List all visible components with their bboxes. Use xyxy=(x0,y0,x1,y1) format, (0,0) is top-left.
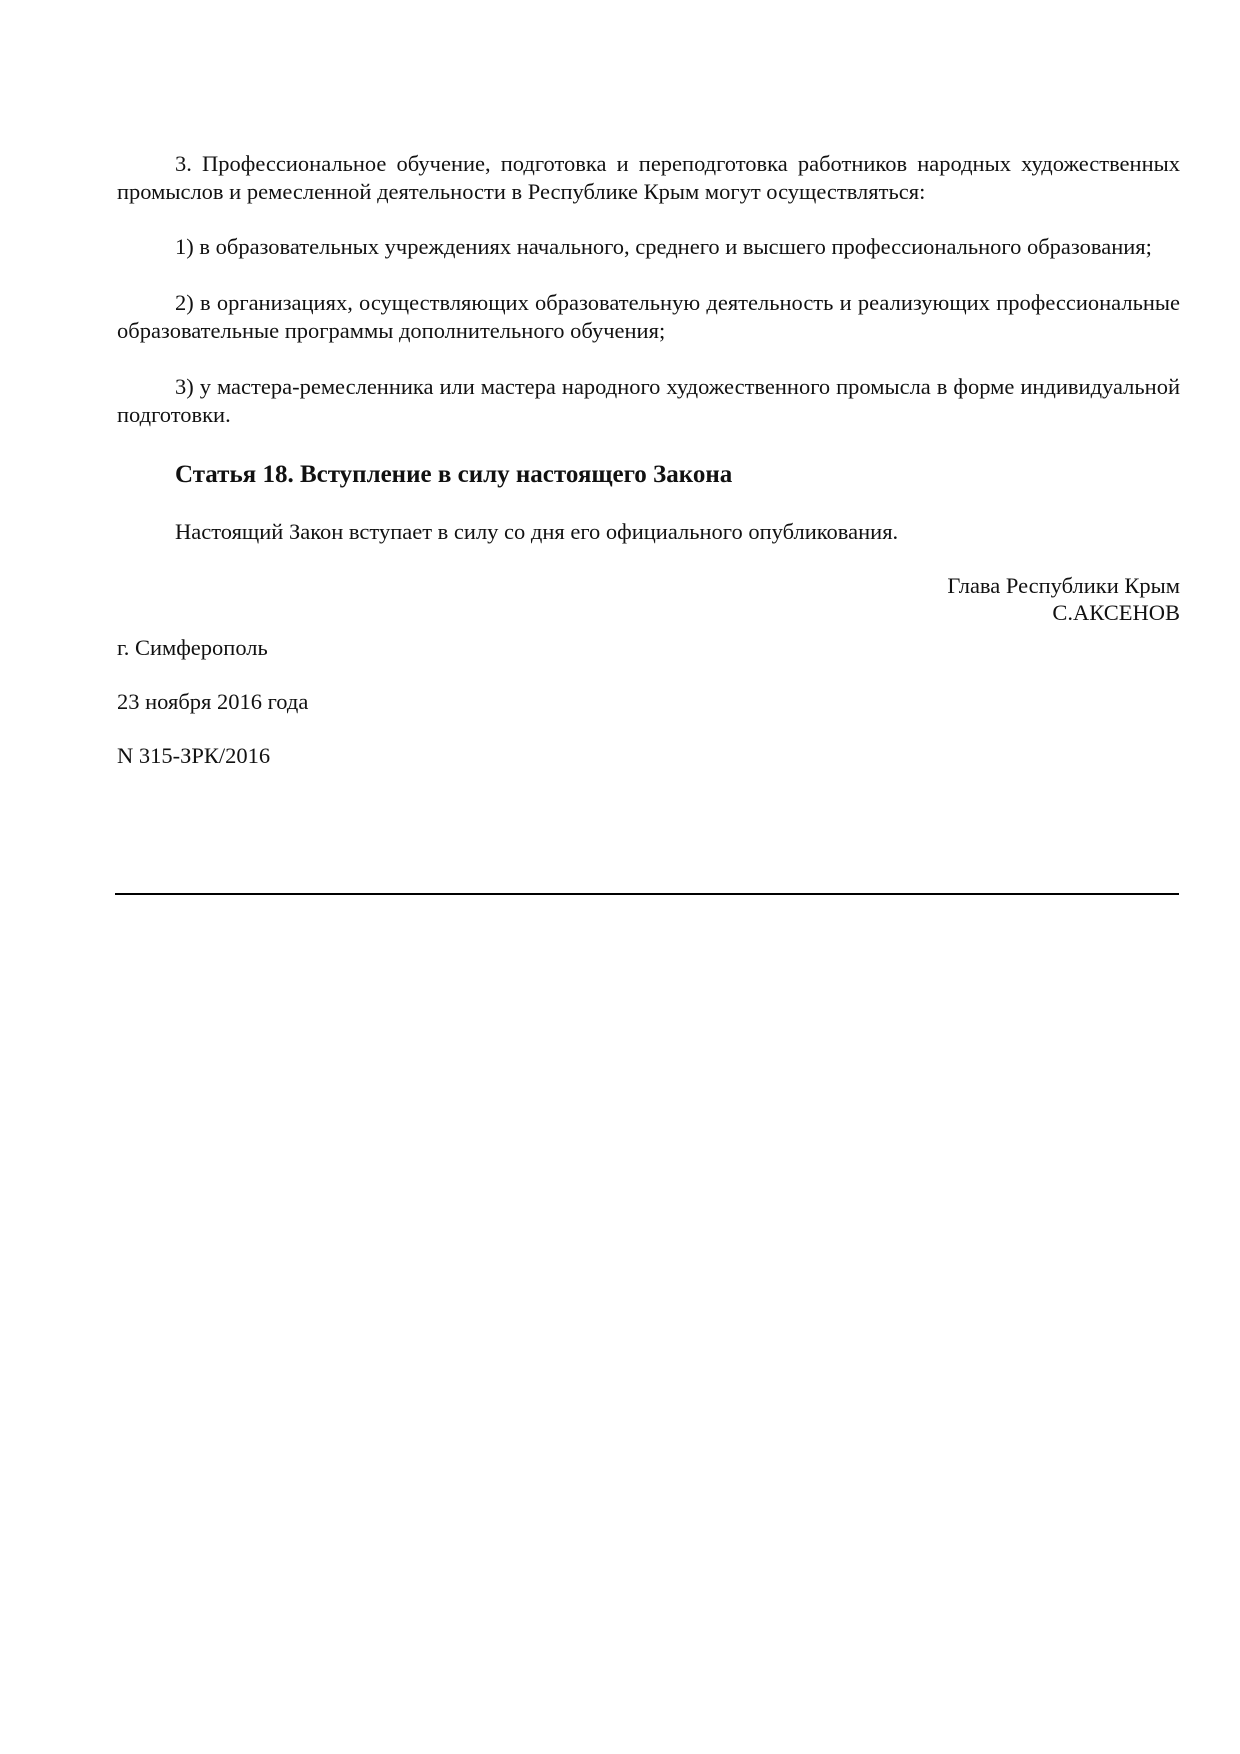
date-of-signing: 23 ноября 2016 года xyxy=(117,688,1180,716)
paragraph-item-1: 1) в образовательных учреждениях начальн… xyxy=(117,233,1180,261)
paragraph-item-2: 2) в организациях, осуществляющих образо… xyxy=(117,289,1180,345)
document-page: 3. Профессиональное обучение, подготовка… xyxy=(117,150,1180,770)
law-number: N 315-ЗРК/2016 xyxy=(117,742,1180,770)
paragraph-training-clause: 3. Профессиональное обучение, подготовка… xyxy=(117,150,1180,206)
signature-name: С.АКСЕНОВ xyxy=(117,599,1180,626)
article-heading: Статья 18. Вступление в силу настоящего … xyxy=(175,460,1180,490)
paragraph-item-3: 3) у мастера-ремесленника или мастера на… xyxy=(117,373,1180,429)
signature-title: Глава Республики Крым xyxy=(117,572,1180,599)
horizontal-divider xyxy=(115,893,1179,895)
article-text: Настоящий Закон вступает в силу со дня е… xyxy=(117,518,1180,546)
signature-block: Глава Республики Крым С.АКСЕНОВ xyxy=(117,572,1180,626)
place-of-signing: г. Симферополь xyxy=(117,634,1180,662)
